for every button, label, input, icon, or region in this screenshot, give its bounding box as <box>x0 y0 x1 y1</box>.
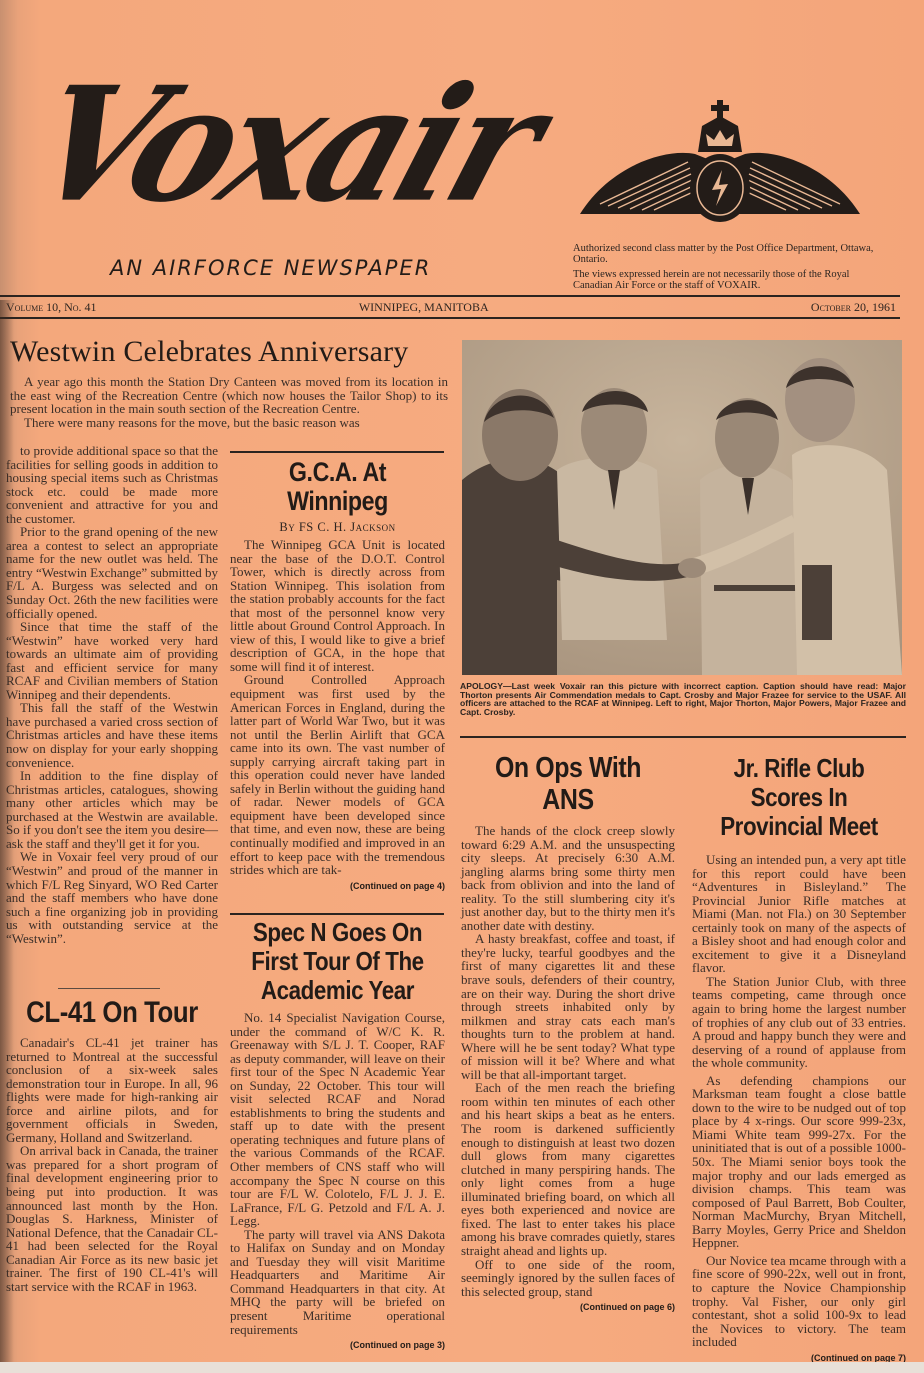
westwin-paragraph: We in Voxair feel very proud of our “Wes… <box>6 850 218 945</box>
westwin-paragraph: Prior to the grand opening of the new ar… <box>6 525 218 620</box>
onops-paragraph: The hands of the clock creep slowly towa… <box>461 824 675 932</box>
specn-paragraph: No. 14 Specialist Navigation Course, und… <box>230 1011 445 1228</box>
authorization-text: Authorized second class matter by the Po… <box>573 243 883 265</box>
westwin-paragraph: This fall the staff of the Westwin have … <box>6 701 218 769</box>
onops-paragraph: Each of the men reach the briefing room … <box>461 1081 675 1257</box>
gca-paragraph: The Winnipeg GCA Unit is located near th… <box>230 538 445 673</box>
westwin-column: to provide additional space so that the … <box>6 444 218 945</box>
gca-paragraph: Ground Controlled Approach equipment was… <box>230 673 445 876</box>
headline-westwin: Westwin Celebrates Anniversary <box>10 334 448 370</box>
divider <box>230 451 444 453</box>
onops-paragraph: Off to one side of the room, seemingly i… <box>461 1258 675 1299</box>
divider <box>460 736 906 738</box>
divider <box>58 988 160 989</box>
rifle-paragraph: The Station Junior Club, with three team… <box>692 975 906 1070</box>
rifle-paragraph: Our Novice tea mcame through with a fine… <box>692 1254 906 1349</box>
page-edge <box>0 1362 924 1373</box>
westwin-paragraph: to provide additional space so that the … <box>6 444 218 525</box>
rifle-paragraph: As defending champions our Marksman team… <box>692 1074 906 1250</box>
specn-paragraph: The party will travel via ANS Dakota to … <box>230 1228 445 1336</box>
onops-paragraph: A hasty breakfast, coffee and toast, if … <box>461 932 675 1081</box>
rifle-paragraph: Using an intended pun, a very apt title … <box>692 853 906 975</box>
article-gca: G.C.A. At Winnipeg By FS C. H. Jackson T… <box>230 458 445 891</box>
issue-date: October 20, 1961 <box>811 300 896 315</box>
article-rifle: Jr. Rifle Club Scores In Provincial Meet… <box>692 754 906 1363</box>
westwin-paragraph: There were many reasons for the move, bu… <box>10 416 448 430</box>
headline-gca: G.C.A. At Winnipeg <box>245 458 430 516</box>
byline-gca: By FS C. H. Jackson <box>230 520 445 535</box>
article-westwin: Westwin Celebrates Anniversary A year ag… <box>10 334 448 429</box>
headline-cl41: CL-41 On Tour <box>21 996 203 1030</box>
cl41-paragraph: On arrival back in Canada, the trainer w… <box>6 1144 218 1293</box>
article-cl41: CL-41 On Tour Canadair's CL-41 jet train… <box>6 996 218 1293</box>
rcaf-pilot-wings-icon <box>570 96 870 226</box>
article-specn: Spec N Goes On First Tour Of The Academi… <box>230 918 445 1350</box>
headline-specn: Spec N Goes On First Tour Of The Academi… <box>245 918 430 1005</box>
binding-shadow <box>0 300 14 1373</box>
continued-link-onops[interactable]: (Continued on page 6) <box>461 1302 675 1312</box>
publication-notice: Authorized second class matter by the Po… <box>573 243 883 291</box>
divider <box>230 913 444 915</box>
dateline-location: WINNIPEG, MANITOBA <box>359 300 489 315</box>
headline-onops: On Ops With ANS <box>476 752 660 816</box>
newspaper-logo: Voxair <box>14 66 554 224</box>
westwin-paragraph: Since that time the staff of the “Westwi… <box>6 620 218 701</box>
officers-photo <box>462 340 902 675</box>
photo-caption: APOLOGY—Last week Voxair ran this pictur… <box>460 682 906 716</box>
article-onops: On Ops With ANS The hands of the clock c… <box>461 752 675 1312</box>
newspaper-page: Voxair AN AIRFORCE NEWSPAPER Authorized … <box>0 0 924 1373</box>
photo-image <box>462 340 902 675</box>
continued-link-specn[interactable]: (Continued on page 3) <box>230 1340 445 1350</box>
volume-number: Volume 10, No. 41 <box>6 300 97 315</box>
masthead: Voxair AN AIRFORCE NEWSPAPER Authorized … <box>0 0 924 300</box>
disclaimer-text: The views expressed herein are not neces… <box>573 269 883 291</box>
headline-rifle: Jr. Rifle Club Scores In Provincial Meet <box>707 754 891 841</box>
dateline-bar: Volume 10, No. 41 WINNIPEG, MANITOBA Oct… <box>0 295 900 319</box>
westwin-paragraph: A year ago this month the Station Dry Ca… <box>10 375 448 416</box>
continued-link-gca[interactable]: (Continued on page 4) <box>230 881 445 891</box>
tagline: AN AIRFORCE NEWSPAPER <box>110 256 431 280</box>
cl41-paragraph: Canadair's CL-41 jet trainer has returne… <box>6 1036 218 1144</box>
westwin-paragraph: In addition to the fine display of Chris… <box>6 769 218 850</box>
